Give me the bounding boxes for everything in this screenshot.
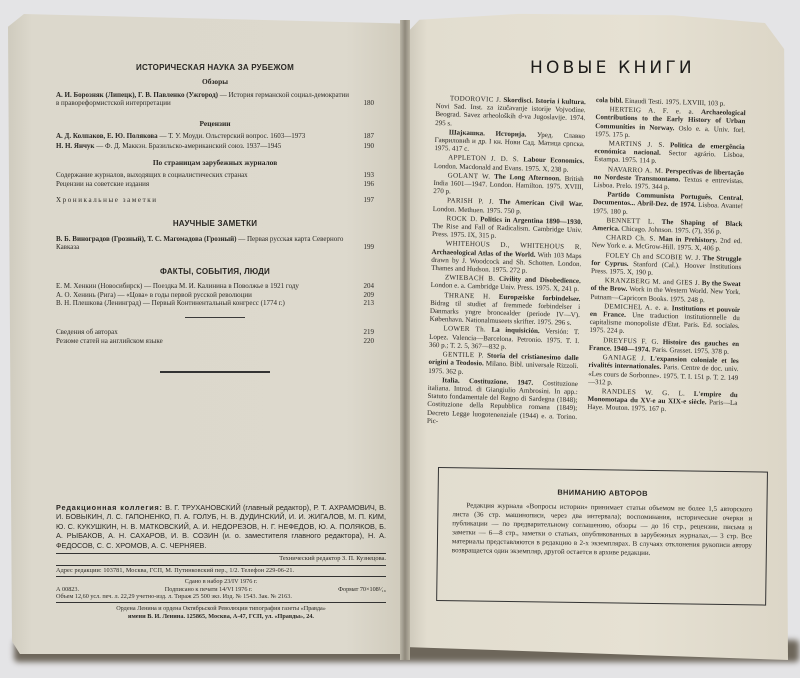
divider xyxy=(160,371,270,373)
book-entry: KRANZBERG M. and GIES J. By the Sweat of… xyxy=(590,276,741,305)
imprint: Редакционная коллегия: В. Г. ТРУХАНОВСКИ… xyxy=(56,503,386,620)
book-entry: WHITEHOUS D., WHITEHOUS R. Archaeologica… xyxy=(431,239,582,276)
table-of-contents: ИСТОРИЧЕСКАЯ НАУКА ЗА РУБЕЖОМ Обзоры А. … xyxy=(56,64,374,373)
notice-body: Редакция журнала «Вопросы истории» прини… xyxy=(452,501,753,559)
book-entry: GENTILE P. Storia del cristianesimo dall… xyxy=(428,350,579,379)
book-entry: FOLEY Ch and SCOBIE W. J. The Struggle f… xyxy=(591,251,742,280)
editorial-board-label: Редакционная коллегия: xyxy=(56,503,163,512)
toc-page-number: 199 xyxy=(360,243,374,251)
book-entry: LOWER Th. La inquisición. Versión: T. Lo… xyxy=(429,324,580,353)
tech-editor: Технический редактор З. П. Кузнецова. xyxy=(56,554,386,565)
toc-authors: А. О. Хенинь (Рига) xyxy=(56,291,116,299)
toc-title: — Ф. Д. Маккэн. Бразильско-американский … xyxy=(94,142,281,150)
book-entry: Italia. Costituzione. 1947. Costituzione… xyxy=(427,376,578,429)
signed-to-print-date: Подписано к печати 14/VI 1976 г. xyxy=(165,586,253,593)
section-title-foreign-history: ИСТОРИЧЕСКАЯ НАУКА ЗА РУБЕЖОМ xyxy=(56,64,374,72)
book-entry: DEMICHEL A. e. a. Institutions et pouvoi… xyxy=(589,302,740,339)
toc-entry: Резюме статей на английском языке 220 xyxy=(56,337,374,345)
toc-title: — «Цова» в годы первой русской революции xyxy=(116,291,252,299)
toc-entry: А. Д. Колпаков, Е. Ю. Полякова — Т. У. М… xyxy=(56,132,374,140)
book-list-column-2: cola bibl. Einaudi Testi. 1975. LXVIII, … xyxy=(587,96,746,417)
section-title-scientific-notes: НАУЧНЫЕ ЗАМЕТКИ xyxy=(56,220,374,228)
book-list-column-1: TODOROVIC J. Skordisci. Istoria i kultur… xyxy=(427,94,586,430)
editorial-board: Редакционная коллегия: В. Г. ТРУХАНОВСКИ… xyxy=(56,503,386,550)
section-title-facts-events-people: ФАКТЫ, СОБЫТИЯ, ЛЮДИ xyxy=(56,268,374,276)
toc-title: — Т. У. Моуди. Ольстерский вопрос. 1603—… xyxy=(158,132,306,140)
toc-authors: Н. Н. Янчук xyxy=(56,142,94,150)
toc-page-number: 196 xyxy=(360,180,374,188)
book-entry: TODOROVIC J. Skordisci. Istoria i kultur… xyxy=(435,94,586,131)
subheading-critiques: Рецензии xyxy=(56,120,374,128)
notice-to-authors-box: ВНИМАНИЮ АВТОРОВ Редакция журнала «Вопро… xyxy=(436,467,768,606)
toc-title: Содержание журналов, выходящих в социали… xyxy=(56,171,360,179)
book-entry: GOLANT W. The Long Afternoon. British In… xyxy=(433,171,584,200)
notice-title: ВНИМАНИЮ АВТОРОВ xyxy=(453,486,753,499)
book-entry: HERTEIG A. F. e. a. Archaeological Contr… xyxy=(595,105,746,142)
sent-to-print-date: Сдано в набор 23/IV 1976 г. xyxy=(56,578,386,585)
toc-entry: В. Б. Виноградов (Грозный), Т. С. Магома… xyxy=(56,235,374,252)
toc-entry: Е. М. Хенкин (Новосибирск) — Поездка М. … xyxy=(56,282,374,290)
toc-page-number: 220 xyxy=(360,337,374,345)
book-entry: GANIAGE J. L'expansion coloniale et les … xyxy=(588,353,739,390)
print-volume: Объем 12,60 усл. печ. л. 22,29 учетно-из… xyxy=(56,593,386,600)
book-gutter xyxy=(400,20,410,660)
toc-page-number: 193 xyxy=(360,171,374,179)
toc-title: Резюме статей на английском языке xyxy=(56,337,360,345)
toc-entry: Н. Н. Янчук — Ф. Д. Маккэн. Бразильско-а… xyxy=(56,142,374,150)
toc-authors: А. Д. Колпаков, Е. Ю. Полякова xyxy=(56,132,158,140)
toc-title: Хроникальные заметки xyxy=(56,196,360,204)
book-entry: NAVARRO A. M. Perspectivas de libertação… xyxy=(593,165,744,194)
toc-page-number: 187 xyxy=(360,132,374,140)
book-entry: THRANE H. Europæiske forbindelser. Bidra… xyxy=(430,291,581,328)
printer-line-1: Ордена Ленина и ордена Октябрьской Револ… xyxy=(56,605,386,612)
toc-entry: Сведения об авторах 219 xyxy=(56,328,374,336)
toc-entry: А. О. Хенинь (Рига) — «Цова» в годы перв… xyxy=(56,291,374,299)
subheading-reviews: Обзоры xyxy=(56,78,374,86)
toc-authors: В. Б. Виноградов (Грозный), Т. С. Магома… xyxy=(56,235,236,243)
toc-entry: Хроникальные заметки 197 xyxy=(56,196,374,204)
toc-entry: А. И. Борозняк (Липецк), Г. В. Павленко … xyxy=(56,91,374,108)
toc-entry: Рецензии на советские издания 196 xyxy=(56,180,374,188)
toc-title: — Поездка М. И. Калинина в Поволжье в 19… xyxy=(142,282,299,290)
toc-entry: Содержание журналов, выходящих в социали… xyxy=(56,171,374,179)
page-format: Формат 70×108¹⁄₁₆ xyxy=(338,586,386,593)
subheading-foreign-journals: По страницам зарубежных журналов xyxy=(56,159,374,167)
toc-page-number: 204 xyxy=(360,282,374,290)
page-title-new-books: НОВЫЕ КНИГИ xyxy=(530,58,695,78)
toc-page-number: 180 xyxy=(360,99,374,107)
toc-authors: Е. М. Хенкин (Новосибирск) xyxy=(56,282,142,290)
toc-page-number: 209 xyxy=(360,291,374,299)
book-entry: ROCK D. Politics in Argentina 1890—1930.… xyxy=(432,214,583,243)
publication-code: А 00823. xyxy=(56,586,79,593)
toc-authors: В. Н. Плешкова (Ленинград) xyxy=(56,299,141,307)
toc-authors: А. И. Борозняк (Липецк), Г. В. Павленко … xyxy=(56,91,218,99)
toc-entry: В. Н. Плешкова (Ленинград) — Первый Конт… xyxy=(56,299,374,307)
toc-page-number: 190 xyxy=(360,142,374,150)
book-entry: RANDLES W. G. L. L'empire du Monomotapa … xyxy=(587,387,738,416)
toc-title: Рецензии на советские издания xyxy=(56,180,360,188)
toc-page-number: 219 xyxy=(360,328,374,336)
book-entry: Шајкашка. Историја. Уред. Славко Гаврило… xyxy=(434,128,585,157)
toc-page-number: 213 xyxy=(360,299,374,307)
toc-title: Сведения об авторах xyxy=(56,328,360,336)
book-entry: MARTINS J. S. Politica de emergência eco… xyxy=(594,139,745,168)
toc-title: — Первый Континентальный конгресс (1774 … xyxy=(141,299,285,307)
printer-line-2: имени В. И. Ленина. 125865, Москва, А-47… xyxy=(56,613,386,620)
divider xyxy=(185,317,245,318)
book-entry: Partido Communista Português. Central. D… xyxy=(593,190,744,219)
editorial-address: Адрес редакции: 103781, Москва, ГСП, М. … xyxy=(56,566,386,577)
toc-page-number: 197 xyxy=(360,196,374,204)
